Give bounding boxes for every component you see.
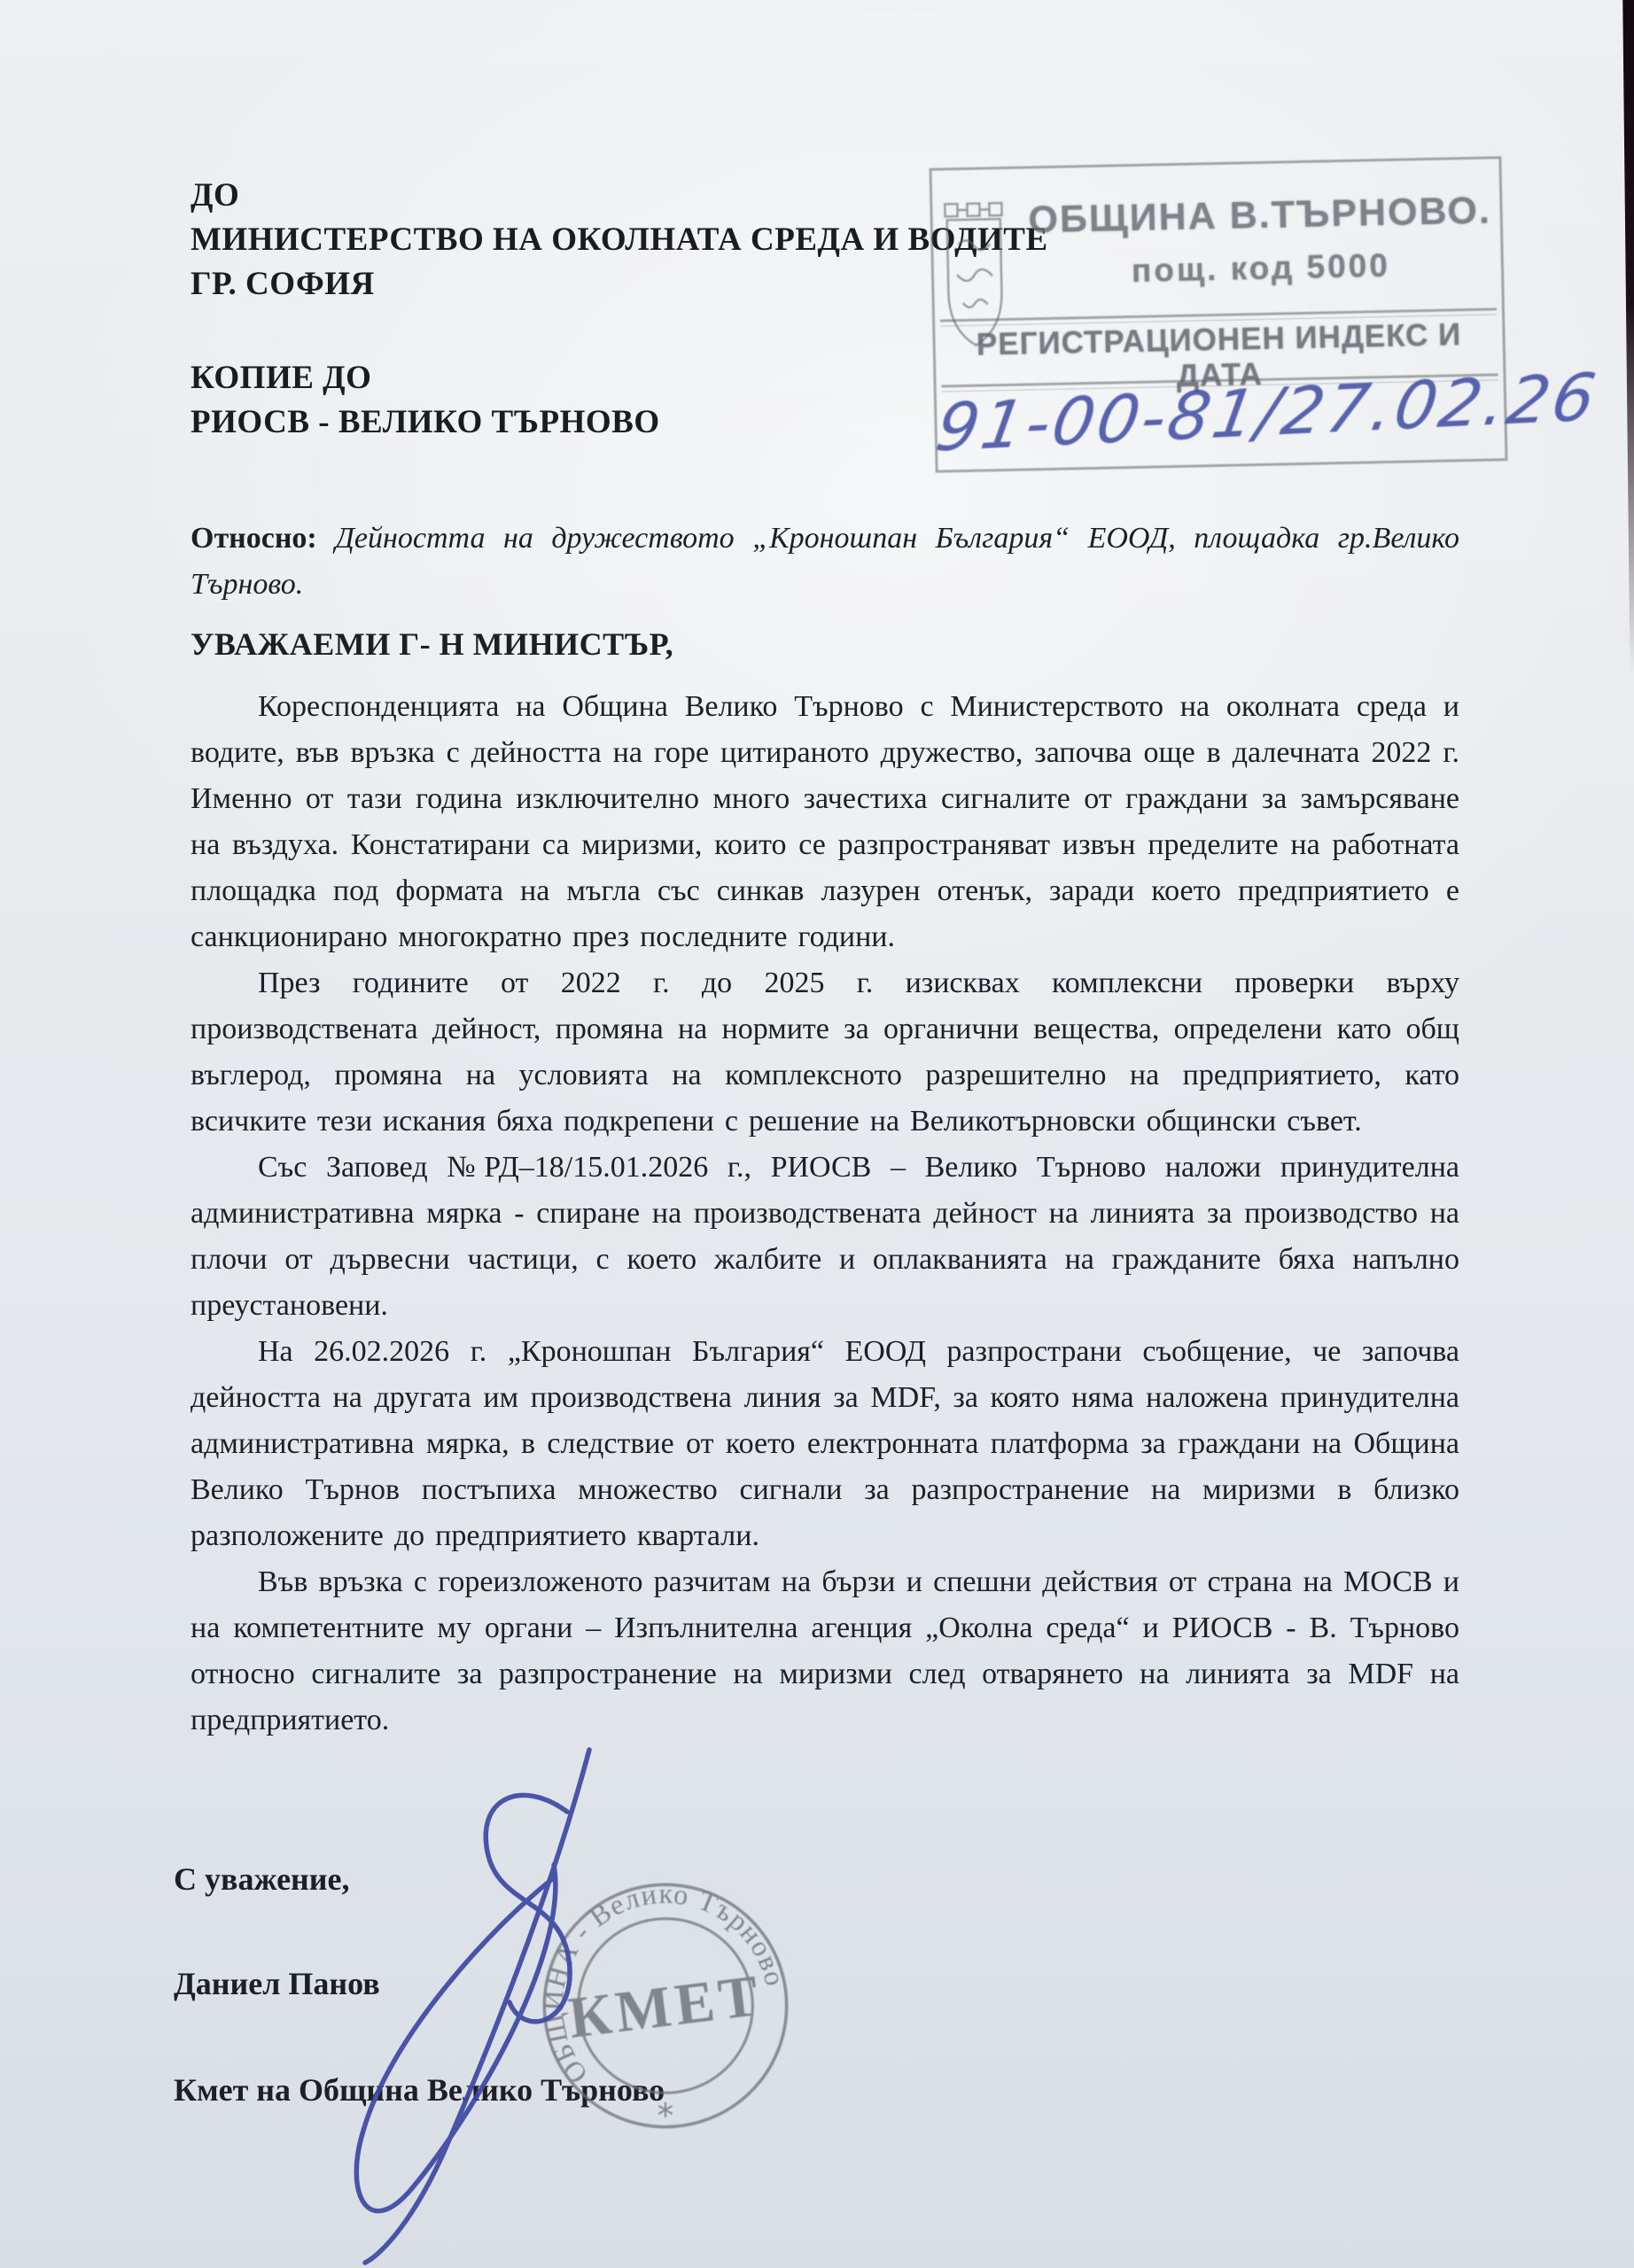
paragraph: Във връзка с гореизложеното разчитам на … [191, 1559, 1459, 1744]
copy-line: РИОСВ - ВЕЛИКО ТЪРНОВО [191, 400, 660, 445]
recipient-block: ДО МИНИСТЕРСТВО НА ОКОЛНАТА СРЕДА И ВОДИ… [191, 174, 1048, 307]
signature-ink [301, 1728, 638, 2268]
registry-postcode: пощ. код 5000 [1021, 245, 1502, 291]
letter-body: Кореспонденцията на Община Велико Търнов… [191, 684, 1459, 1744]
recipient-line: ГР. СОФИЯ [191, 262, 1048, 307]
subject-label: Относно: [191, 522, 317, 555]
registry-stamp: ОБЩИНА В.ТЪРНОВО. пощ. код 5000 РЕГИСТРА… [929, 156, 1507, 472]
paragraph: На 26.02.2026 г. „Кроношпан България“ ЕО… [191, 1329, 1459, 1559]
recipient-line: МИНИСТЕРСТВО НА ОКОЛНАТА СРЕДА И ВОДИТЕ [191, 218, 1048, 262]
paragraph: Кореспонденцията на Община Велико Търнов… [191, 684, 1459, 960]
registry-org: ОБЩИНА В.ТЪРНОВО. [1019, 189, 1500, 242]
subject-text: Дейността на дружеството „Кроношпан Бълг… [191, 522, 1459, 601]
salutation: УВАЖАЕМИ Г- Н МИНИСТЪР, [191, 625, 673, 663]
copy-block: КОПИЕ ДО РИОСВ - ВЕЛИКО ТЪРНОВО [191, 356, 660, 445]
copy-line: КОПИЕ ДО [191, 356, 660, 400]
document-page: ДО МИНИСТЕРСТВО НА ОКОЛНАТА СРЕДА И ВОДИ… [0, 0, 1634, 2268]
subject: Относно: Дейността на дружеството „Кроно… [191, 516, 1459, 608]
paragraph: През годините от 2022 г. до 2025 г. изис… [191, 960, 1459, 1145]
recipient-line: ДО [191, 174, 1048, 218]
round-stamp-asterisk: * [657, 2096, 674, 2135]
paragraph: Със Заповед №РД–18/15.01.2026 г., РИОСВ … [191, 1145, 1459, 1329]
photo-edge-shadow [1621, 0, 1634, 673]
